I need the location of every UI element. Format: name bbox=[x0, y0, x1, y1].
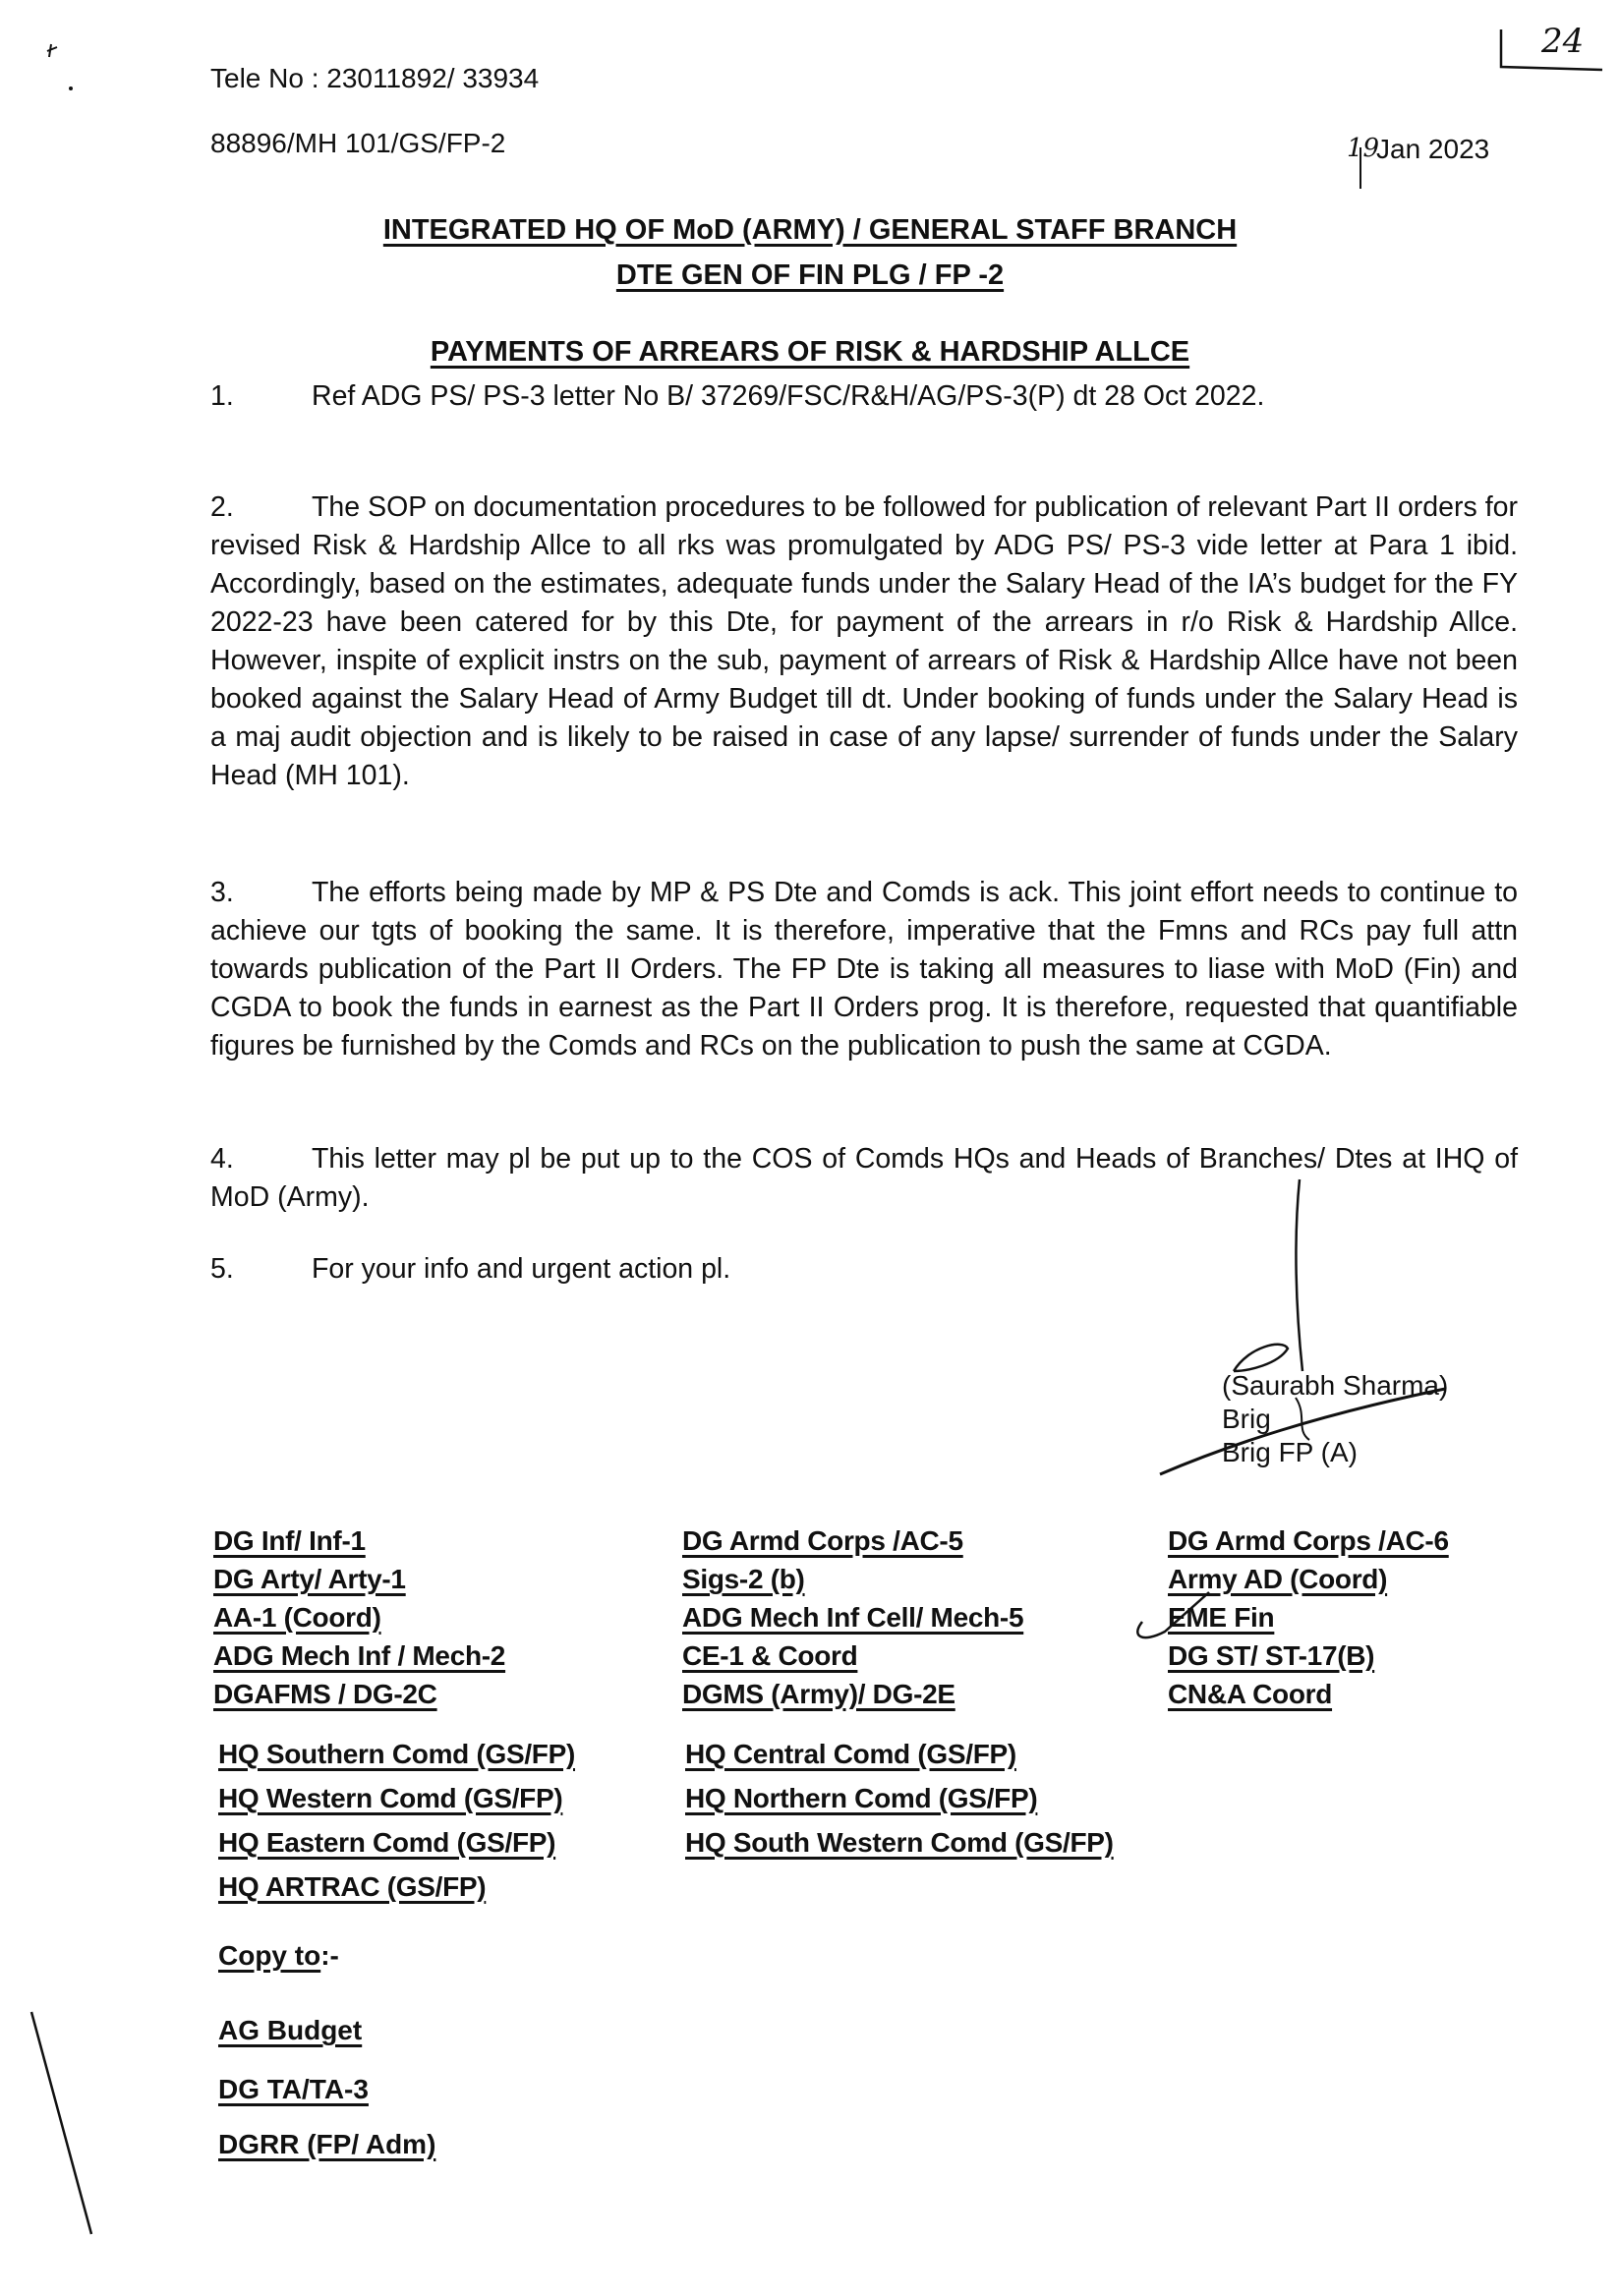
command-addressee: HQ South Western Comd (GS/FP) bbox=[685, 1820, 1114, 1865]
addressee: AA-1 (Coord) bbox=[213, 1598, 505, 1636]
heading-hq: INTEGRATED HQ OF MoD (ARMY) / GENERAL ST… bbox=[0, 214, 1620, 247]
copy-to-item-text: DGRR (FP/ Adm) bbox=[218, 2129, 435, 2159]
paragraph-number: 2. bbox=[210, 488, 312, 527]
copy-to-text: Copy to bbox=[218, 1940, 320, 1971]
copy-to-item-text: AG Budget bbox=[218, 2015, 362, 2045]
addressee: Sigs-2 (b) bbox=[682, 1560, 1023, 1598]
signatory-block: (Saurabh Sharma) Brig Brig FP (A) bbox=[1222, 1369, 1448, 1469]
addressee: EME Fin bbox=[1168, 1598, 1449, 1636]
addressee: DG Inf/ Inf-1 bbox=[213, 1521, 505, 1560]
letter-date: Jan 2023 bbox=[1376, 134, 1489, 165]
heading-directorate: DTE GEN OF FIN PLG / FP -2 bbox=[0, 259, 1620, 292]
addressee: CN&A Coord bbox=[1168, 1675, 1449, 1713]
addressee: DG Arty/ Arty-1 bbox=[213, 1560, 505, 1598]
copy-to-item-text: DG TA/TA-3 bbox=[218, 2074, 369, 2104]
copy-to-suffix: :- bbox=[320, 1940, 339, 1971]
handwritten-date-day: 19 bbox=[1347, 134, 1379, 163]
command-addressee: HQ Northern Comd (GS/FP) bbox=[685, 1776, 1114, 1820]
paragraph-number: 1. bbox=[210, 377, 312, 416]
addressee: DGMS (Army)/ DG-2E bbox=[682, 1675, 1023, 1713]
addressee: ADG Mech Inf / Mech-2 bbox=[213, 1636, 505, 1675]
telephone-number: Tele No : 23011892/ 33934 bbox=[210, 63, 539, 94]
paragraph-text: For your info and urgent action pl. bbox=[312, 1253, 730, 1285]
paragraph-number: 4. bbox=[210, 1140, 312, 1178]
paragraph-1: 1.Ref ADG PS/ PS-3 letter No B/ 37269/FS… bbox=[210, 377, 1518, 416]
addressee: DG Armd Corps /AC-5 bbox=[682, 1521, 1023, 1560]
distribution-column-1: DG Inf/ Inf-1 DG Arty/ Arty-1 AA-1 (Coor… bbox=[213, 1521, 505, 1713]
paragraph-text: Ref ADG PS/ PS-3 letter No B/ 37269/FSC/… bbox=[312, 380, 1264, 412]
commands-column-2: HQ Central Comd (GS/FP) HQ Northern Comd… bbox=[685, 1732, 1114, 1865]
signatory-appointment: Brig FP (A) bbox=[1222, 1436, 1448, 1469]
paragraph-text: The efforts being made by MP & PS Dte an… bbox=[210, 877, 1518, 1062]
distribution-column-3: DG Armd Corps /AC-6 Army AD (Coord) EME … bbox=[1168, 1521, 1449, 1713]
signatory-name: (Saurabh Sharma) bbox=[1222, 1369, 1448, 1403]
copy-to-item: DG TA/TA-3 bbox=[218, 2074, 369, 2105]
paragraph-2: 2.The SOP on documentation procedures to… bbox=[210, 488, 1518, 795]
paragraph-text: The SOP on documentation procedures to b… bbox=[210, 491, 1518, 791]
command-addressee: HQ Southern Comd (GS/FP) bbox=[218, 1732, 575, 1776]
paragraph-text: This letter may pl be put up to the COS … bbox=[210, 1143, 1518, 1213]
page-mark: 24 bbox=[1541, 22, 1584, 61]
addressee: DG Armd Corps /AC-6 bbox=[1168, 1521, 1449, 1560]
paragraph-5: 5.For your info and urgent action pl. bbox=[210, 1250, 1518, 1289]
addressee: Army AD (Coord) bbox=[1168, 1560, 1449, 1598]
command-addressee: HQ Central Comd (GS/FP) bbox=[685, 1732, 1114, 1776]
signatory-rank: Brig bbox=[1222, 1403, 1448, 1436]
paragraph-3: 3.The efforts being made by MP & PS Dte … bbox=[210, 874, 1518, 1065]
copy-to-item: AG Budget bbox=[218, 2015, 362, 2046]
command-addressee: HQ Eastern Comd (GS/FP) bbox=[218, 1820, 575, 1865]
distribution-column-2: DG Armd Corps /AC-5 Sigs-2 (b) ADG Mech … bbox=[682, 1521, 1023, 1713]
copy-to-label: Copy to:- bbox=[218, 1940, 339, 1972]
command-addressee: HQ ARTRAC (GS/FP) bbox=[218, 1865, 575, 1909]
paragraph-number: 3. bbox=[210, 874, 312, 912]
file-reference: 88896/MH 101/GS/FP-2 bbox=[210, 128, 505, 159]
addressee: ADG Mech Inf Cell/ Mech-5 bbox=[682, 1598, 1023, 1636]
command-addressee: HQ Western Comd (GS/FP) bbox=[218, 1776, 575, 1820]
paragraph-4: 4.This letter may pl be put up to the CO… bbox=[210, 1140, 1518, 1217]
subject-heading: PAYMENTS OF ARREARS OF RISK & HARDSHIP A… bbox=[0, 336, 1620, 369]
addressee: CE-1 & Coord bbox=[682, 1636, 1023, 1675]
addressee: DGAFMS / DG-2C bbox=[213, 1675, 505, 1713]
commands-column-1: HQ Southern Comd (GS/FP) HQ Western Comd… bbox=[218, 1732, 575, 1909]
copy-to-item: DGRR (FP/ Adm) bbox=[218, 2129, 435, 2160]
paragraph-number: 5. bbox=[210, 1250, 312, 1289]
addressee: DG ST/ ST-17(B) bbox=[1168, 1636, 1449, 1675]
